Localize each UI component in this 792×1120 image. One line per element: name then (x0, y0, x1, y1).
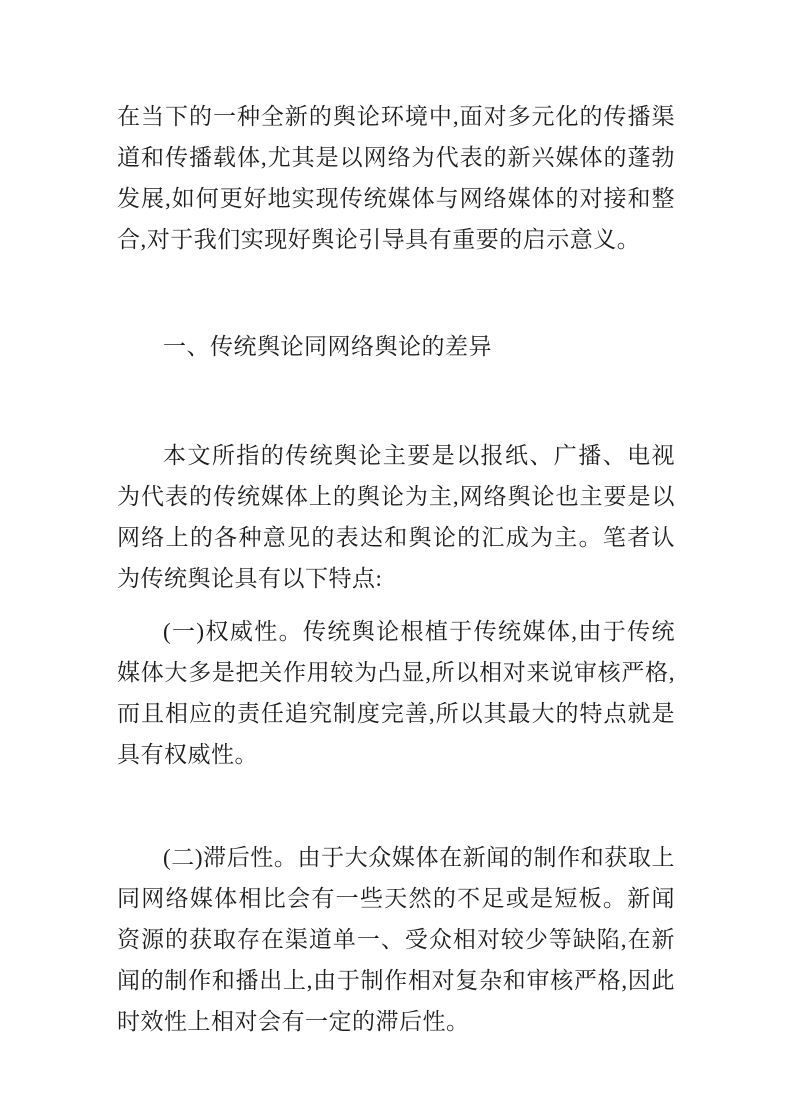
paragraph-intro: 在当下的一种全新的舆论环境中,面对多元化的传播渠道和传播载体,尤其是以网络为代表… (117, 96, 675, 260)
document-text-block: 在当下的一种全新的舆论环境中,面对多元化的传播渠道和传播载体,尤其是以网络为代表… (117, 96, 675, 1042)
paragraph-definition: 本文所指的传统舆论主要是以报纸、广播、电视为代表的传统媒体上的舆论为主,网络舆论… (117, 435, 675, 599)
paragraph-authority: (一)权威性。传统舆论根植于传统媒体,由于传统媒体大多是把关作用较为凸显,所以相… (117, 611, 675, 775)
section-heading: 一、传统舆论同网络舆论的差异 (117, 326, 675, 367)
paragraph-lag: (二)滞后性。由于大众媒体在新闻的制作和获取上同网络媒体相比会有一些天然的不足或… (117, 837, 675, 1042)
document-page: 在当下的一种全新的舆论环境中,面对多元化的传播渠道和传播载体,尤其是以网络为代表… (0, 0, 792, 1120)
